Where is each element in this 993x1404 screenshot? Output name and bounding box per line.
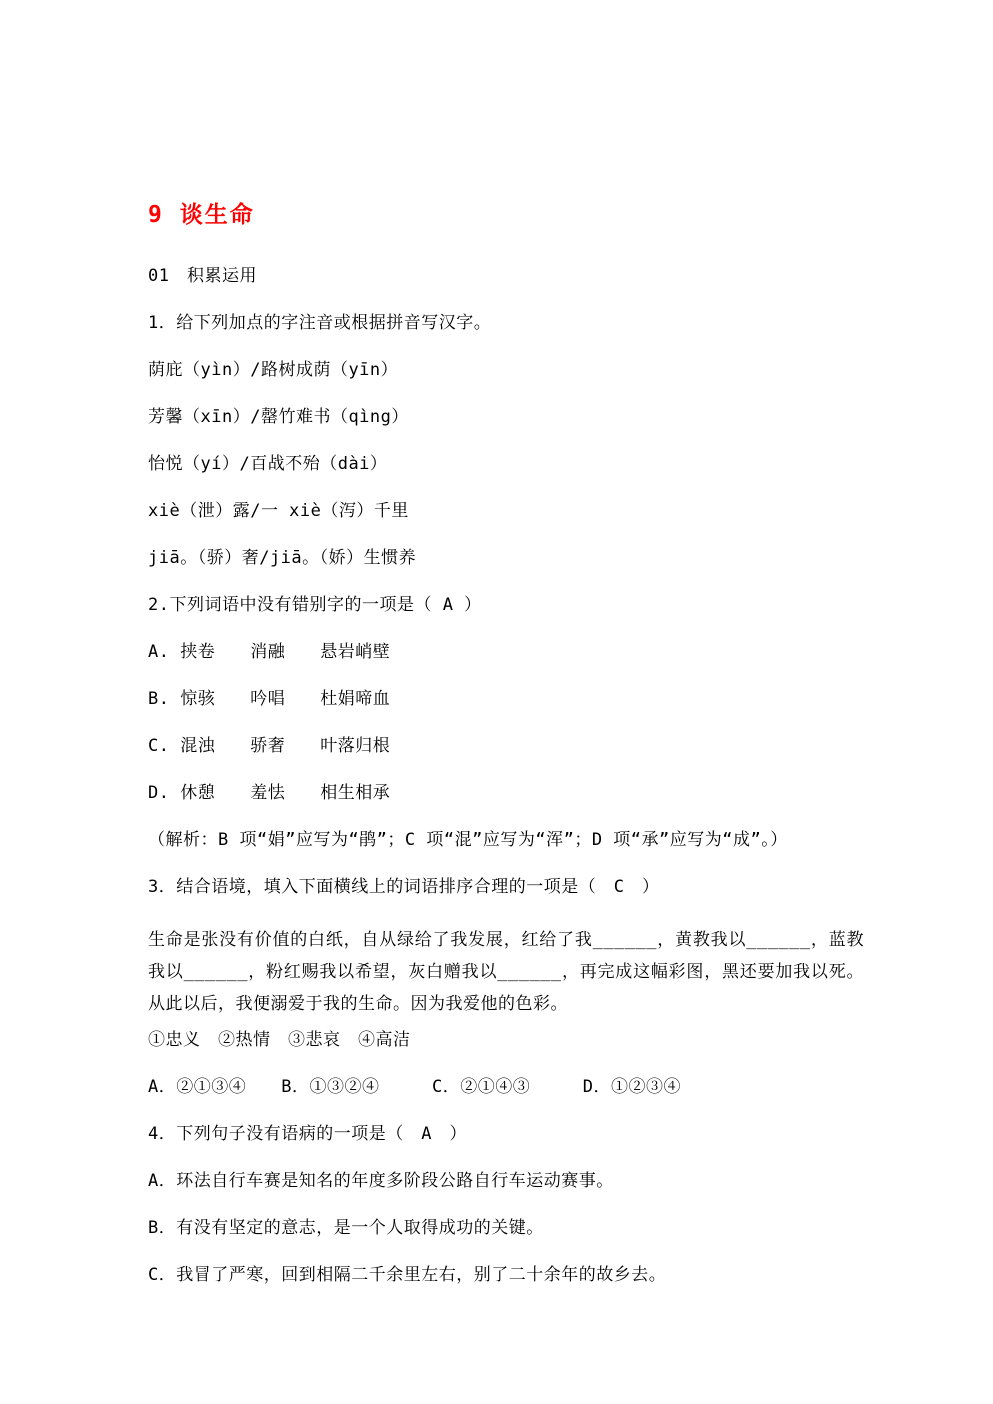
question-2-option-b: B. 惊骇 吟唱 杜娟啼血 <box>148 689 864 710</box>
pinyin-line-1: 荫庇（yìn）/路树成荫（yīn） <box>148 360 864 381</box>
question-2-stem: 2.下列词语中没有错别字的一项是（ A ） <box>148 595 864 616</box>
question-3-choices: A．②①③④ B．①③②④ C．②①④③ D．①②③④ <box>148 1077 864 1098</box>
page-title: 9 谈生命 <box>148 201 864 229</box>
question-3-passage: 生命是张没有价值的白纸，自从绿给了我发展，红给了我______，黄教我以____… <box>148 924 864 1020</box>
pinyin-line-5: jiā。（骄）奢/jiā。（娇）生惯养 <box>148 548 864 569</box>
question-2-option-a: A. 挟卷 消融 悬岩峭壁 <box>148 642 864 663</box>
question-4-option-c: C．我冒了严寒，回到相隔二千余里左右，别了二十余年的故乡去。 <box>148 1265 864 1286</box>
document-content: 9 谈生命 01 积累运用 1．给下列加点的字注音或根据拼音写汉字。 荫庇（yì… <box>148 201 864 1312</box>
question-2-option-d: D. 休憩 羞怯 相生相承 <box>148 783 864 804</box>
question-2-option-c: C. 混浊 骄奢 叶落归根 <box>148 736 864 757</box>
document-page: 9 谈生命 01 积累运用 1．给下列加点的字注音或根据拼音写汉字。 荫庇（yì… <box>0 0 993 1404</box>
question-2-analysis: （解析：B 项“娟”应写为“鹃”；C 项“混”应写为“浑”；D 项“承”应写为“… <box>148 830 864 851</box>
pinyin-line-4: xiè（泄）露/一 xiè（泻）千里 <box>148 501 864 522</box>
section-heading: 01 积累运用 <box>148 266 864 287</box>
question-3-stem: 3．结合语境，填入下面横线上的词语排序合理的一项是（ C ） <box>148 877 864 898</box>
pinyin-line-2: 芳馨（xīn）/罄竹难书（qìng） <box>148 407 864 428</box>
question-3-items: ①忠义 ②热情 ③悲哀 ④高洁 <box>148 1030 864 1051</box>
pinyin-line-3: 怡悦（yí）/百战不殆（dài） <box>148 454 864 475</box>
question-4-option-a: A．环法自行车赛是知名的年度多阶段公路自行车运动赛事。 <box>148 1171 864 1192</box>
question-4-stem: 4．下列句子没有语病的一项是（ A ） <box>148 1124 864 1145</box>
question-4-option-b: B．有没有坚定的意志，是一个人取得成功的关键。 <box>148 1218 864 1239</box>
question-1-stem: 1．给下列加点的字注音或根据拼音写汉字。 <box>148 313 864 334</box>
